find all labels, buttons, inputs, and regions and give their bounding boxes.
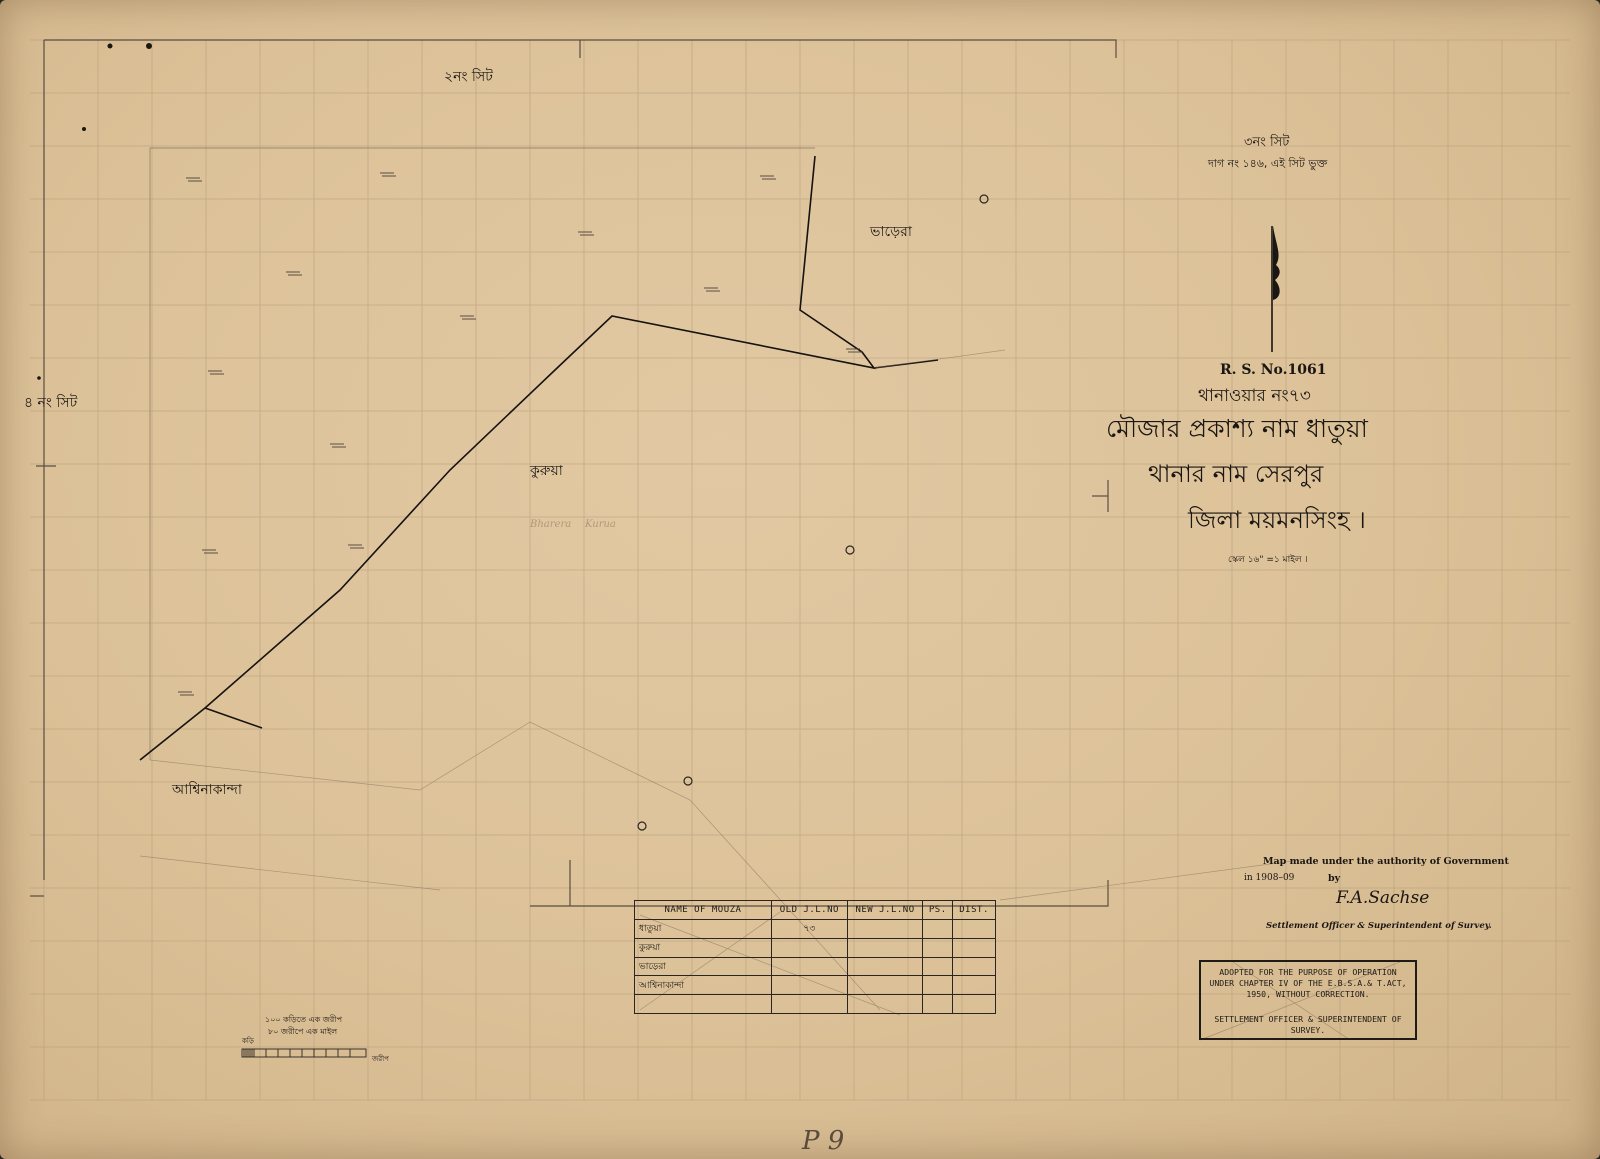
cell-ps — [923, 995, 953, 1014]
faint-label-bharera: Bharera — [530, 520, 571, 530]
col-old-jl-no: OLD J.L.NO — [772, 901, 848, 920]
scale-line-2: ৮০ জরীপে এক মাইল — [268, 1028, 337, 1036]
village-label-kurua: কুরুয়া — [530, 464, 563, 478]
cell-old-jl — [772, 995, 848, 1014]
cell-new-jl — [847, 995, 923, 1014]
mouza-name: মৌজার প্রকাশ্য নাম ধাতুয়া — [1106, 416, 1368, 441]
cell-old-jl — [772, 938, 848, 957]
table-row — [635, 995, 996, 1014]
officer-title: Settlement Officer & Superintendent of S… — [1266, 922, 1492, 931]
stamp-line-1: ADOPTED FOR THE PURPOSE OF OPERATION — [1201, 967, 1415, 978]
stamp-line-4: SETTLEMENT OFFICER & SUPERINTENDENT OF — [1201, 1014, 1415, 1025]
north-arrow — [1272, 226, 1280, 352]
table-row: আশ্বিনাকান্দা — [635, 976, 996, 995]
table-row: ধাতুয়া ৭৩ — [635, 920, 996, 939]
cell-dist — [953, 995, 996, 1014]
stamp-line-3: 1950, WITHOUT CORRECTION. — [1201, 989, 1415, 1000]
scale-left-label: কড়ি — [242, 1038, 254, 1045]
cell-mouza: ভাড়েরা — [635, 957, 772, 976]
rs-number: R. S. No.1061 — [1220, 363, 1326, 377]
stamp-line-5: SURVEY. — [1201, 1025, 1415, 1036]
cell-old-jl: ৭৩ — [772, 920, 848, 939]
pin-holes — [37, 43, 152, 380]
cell-new-jl — [847, 938, 923, 957]
authority-line: Map made under the authority of Governme… — [1263, 857, 1509, 867]
map-scale: স্কেল ১৬" =১ মাইল । — [1228, 556, 1308, 565]
cell-dist — [953, 976, 996, 995]
cell-ps — [923, 920, 953, 939]
cell-old-jl — [772, 976, 848, 995]
faint-label-kurua: Kurua — [585, 520, 616, 530]
thana-name: থানার নাম সেরপুর — [1148, 462, 1323, 486]
cell-ps — [923, 938, 953, 957]
scale-line-1: ১০০ কড়িতে এক জরীপ — [265, 1016, 342, 1024]
col-name-of-mouza: NAME OF MOUZA — [635, 901, 772, 920]
left-sheet-label: ৪ নং সিট — [24, 396, 77, 410]
cell-new-jl — [847, 920, 923, 939]
table-row: ভাড়েরা — [635, 957, 996, 976]
thana-number: থানাওয়ার নং৭৩ — [1198, 388, 1311, 405]
sheet-frame — [30, 40, 1116, 906]
cell-dist — [953, 920, 996, 939]
cell-new-jl — [847, 957, 923, 976]
cell-ps — [923, 976, 953, 995]
col-new-jl-no: NEW J.L.NO — [847, 901, 923, 920]
marsh-symbols — [178, 173, 862, 695]
cadastral-map-sheet: ২নং সিট ৪ নং সিট ৩নং সিট দাগ নং ১৪৬, এই … — [0, 0, 1600, 1159]
top-sheet-label: ২নং সিট — [444, 70, 493, 84]
cell-mouza — [635, 995, 772, 1014]
scale-right-label: জরীপ — [372, 1056, 389, 1063]
cell-ps — [923, 957, 953, 976]
district-name: জিলা ময়মনসিংহ । — [1188, 508, 1366, 532]
col-ps: PS. — [923, 901, 953, 920]
cell-new-jl — [847, 976, 923, 995]
cell-old-jl — [772, 957, 848, 976]
survey-years: in 1908–09 — [1244, 874, 1294, 883]
cell-dist — [953, 938, 996, 957]
officer-signature: F.A.Sachse — [1336, 890, 1429, 907]
stamp-line-2: UNDER CHAPTER IV OF THE E.B.S.A.& T.ACT, — [1201, 978, 1415, 989]
col-dist: DIST. — [953, 901, 996, 920]
table-row: কুরুয়া — [635, 938, 996, 957]
right-sheet-note: দাগ নং ১৪৬, এই সিট ভুক্ত — [1208, 158, 1327, 169]
survey-stations — [638, 195, 988, 830]
adoption-stamp: ADOPTED FOR THE PURPOSE OF OPERATION UND… — [1199, 960, 1417, 1040]
village-label-ashwinakanda: আশ্বিনাকান্দা — [172, 783, 242, 797]
right-sheet-label: ৩নং সিট — [1244, 136, 1289, 149]
cell-mouza: ধাতুয়া — [635, 920, 772, 939]
scale-bar — [242, 1049, 366, 1057]
table-header-row: NAME OF MOUZA OLD J.L.NO NEW J.L.NO PS. … — [635, 901, 996, 920]
cell-dist — [953, 957, 996, 976]
mouza-table: NAME OF MOUZA OLD J.L.NO NEW J.L.NO PS. … — [634, 900, 996, 1014]
cell-mouza: আশ্বিনাকান্দা — [635, 976, 772, 995]
handwritten-page-number: P 9 — [802, 1128, 844, 1154]
by-label: by — [1328, 874, 1340, 884]
village-label-bharera: ভাড়েরা — [870, 225, 912, 239]
cell-mouza: কুরুয়া — [635, 938, 772, 957]
